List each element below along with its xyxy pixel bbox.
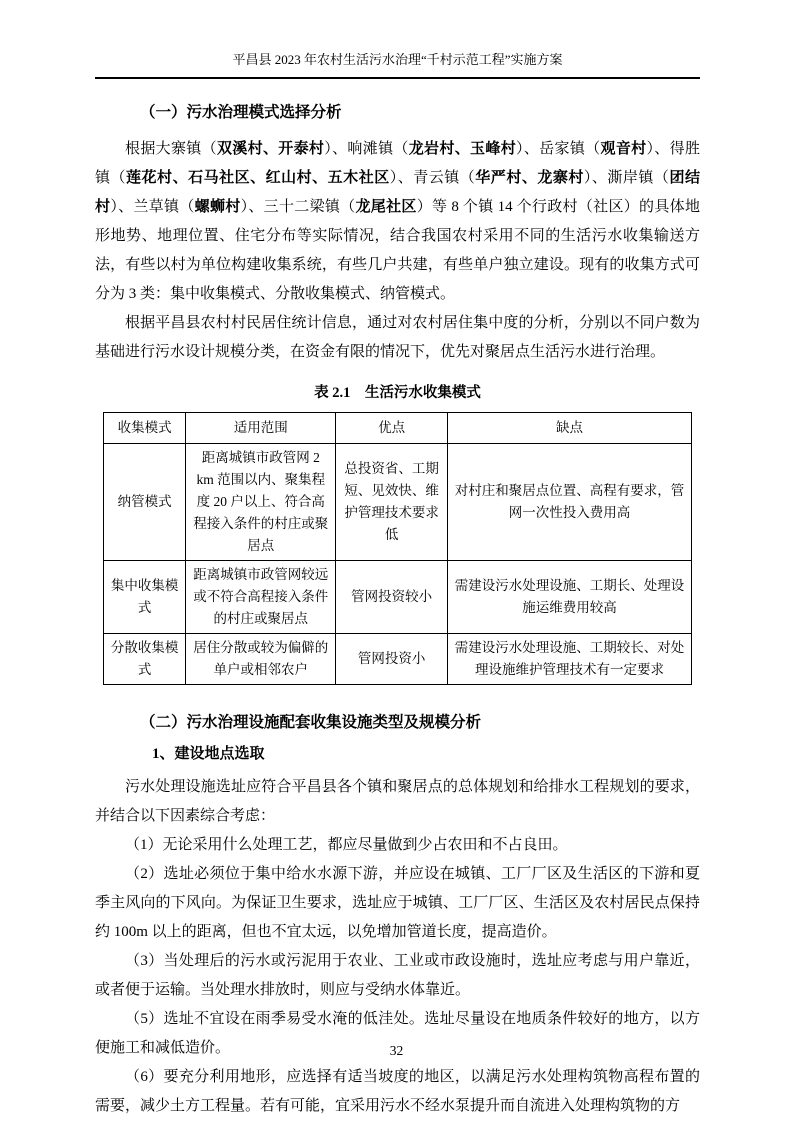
table-cell: 总投资省、工期短、见效快、维护管理技术要求低 (336, 444, 448, 561)
siting-items-list: （1）无论采用什么处理工艺，都应尽量做到少占农田和不占良田。（2）选址必须位于集… (95, 831, 700, 1121)
paragraph-residence-stats: 根据平昌县农村村民居住统计信息，通过对农村居住集中度的分析，分别以不同户数为基础… (95, 309, 700, 367)
siting-item: （6）要充分利用地形，应选择有适当坡度的地区，以满足污水处理构筑物高程布置的需要… (95, 1063, 700, 1121)
body-text: 根据大寨镇（ (125, 141, 217, 157)
table-2-1-caption: 表 2.1 生活污水收集模式 (95, 383, 700, 403)
village-name-bold: 龙岩村、玉峰村 (409, 141, 516, 157)
table-cell: 集中收集模式 (104, 561, 186, 634)
table-column-header: 缺点 (447, 413, 691, 444)
village-name-bold: 双溪村、开泰村 (217, 141, 324, 157)
table-2-1-body: 纳管模式距离城镇市政管网 2 km 范围以内、聚集程度 20 户以上、符合高程接… (104, 444, 692, 685)
body-text: ）、青云镇（ (390, 170, 476, 186)
subsection-1-heading: 1、建设地点选取 (95, 741, 700, 767)
village-name-bold: 莲花村、石马社区、红山村、五木社区 (126, 170, 390, 186)
table-2-1-collection-modes: 收集模式适用范围优点缺点 纳管模式距离城镇市政管网 2 km 范围以内、聚集程度… (103, 412, 692, 685)
siting-item: （2）选址必须位于集中给水水源下游，并应设在城镇、工厂厂区及生活区的下游和夏季主… (95, 860, 700, 947)
table-row: 分散收集模式居住分散或较为偏僻的单户或相邻农户管网投资小需建设污水处理设施、工期… (104, 634, 692, 685)
page-header-title: 平昌县 2023 年农村生活污水治理“千村示范工程”实施方案 (95, 50, 700, 79)
paragraph-siting-intro: 污水处理设施选址应符合平昌县各个镇和聚居点的总体规划和给排水工程规划的要求，并结… (95, 773, 700, 831)
table-row: 纳管模式距离城镇市政管网 2 km 范围以内、聚集程度 20 户以上、符合高程接… (104, 444, 692, 561)
body-text: ）、岳家镇（ (516, 141, 600, 157)
table-cell: 距离城镇市政管网 2 km 范围以内、聚集程度 20 户以上、符合高程接入条件的… (186, 444, 336, 561)
body-text: ）、响滩镇（ (324, 141, 408, 157)
document-page: 平昌县 2023 年农村生活污水治理“千村示范工程”实施方案 （一）污水治理模式… (0, 0, 793, 1122)
table-column-header: 收集模式 (104, 413, 186, 444)
table-column-header: 优点 (336, 413, 448, 444)
table-cell: 管网投资小 (336, 634, 448, 685)
body-text: ）、兰草镇（ (110, 199, 194, 215)
paragraph-towns-villages: 根据大寨镇（双溪村、开泰村）、响滩镇（龙岩村、玉峰村）、岳家镇（观音村）、得胜镇… (95, 135, 700, 309)
table-column-header: 适用范围 (186, 413, 336, 444)
section-2-heading: （二）污水治理设施配套收集设施类型及规模分析 (95, 711, 700, 735)
table-cell: 需建设污水处理设施、工期较长、对处理设施维护管理技术有一定要求 (447, 634, 691, 685)
table-row: 集中收集模式距离城镇市政管网较远或不符合高程接入条件的村庄或聚居点管网投资较小需… (104, 561, 692, 634)
body-text: ）、三十二梁镇（ (241, 199, 356, 215)
table-cell: 纳管模式 (104, 444, 186, 561)
siting-item: （1）无论采用什么处理工艺，都应尽量做到少占农田和不占良田。 (95, 831, 700, 860)
siting-item: （3）当处理后的污水或污泥用于农业、工业或市政设施时，选址应考虑与用户靠近，或者… (95, 947, 700, 1005)
village-name-bold: 螺蛳村 (195, 199, 241, 215)
page-number: 32 (0, 1043, 793, 1059)
village-name-bold: 华严村、龙寨村 (475, 170, 584, 186)
body-text: ）、澌岸镇（ (584, 170, 670, 186)
village-name-bold: 龙尾社区 (355, 199, 416, 215)
table-cell: 居住分散或较为偏僻的单户或相邻农户 (186, 634, 336, 685)
table-cell: 需建设污水处理设施、工期长、处理设施运维费用较高 (447, 561, 691, 634)
table-cell: 管网投资较小 (336, 561, 448, 634)
table-cell: 距离城镇市政管网较远或不符合高程接入条件的村庄或聚居点 (186, 561, 336, 634)
table-cell: 分散收集模式 (104, 634, 186, 685)
table-cell: 对村庄和聚居点位置、高程有要求，管网一次性投入费用高 (447, 444, 691, 561)
section-1-heading: （一）污水治理模式选择分析 (95, 101, 700, 125)
village-name-bold: 观音村 (601, 141, 647, 157)
table-2-1-header-row: 收集模式适用范围优点缺点 (104, 413, 692, 444)
